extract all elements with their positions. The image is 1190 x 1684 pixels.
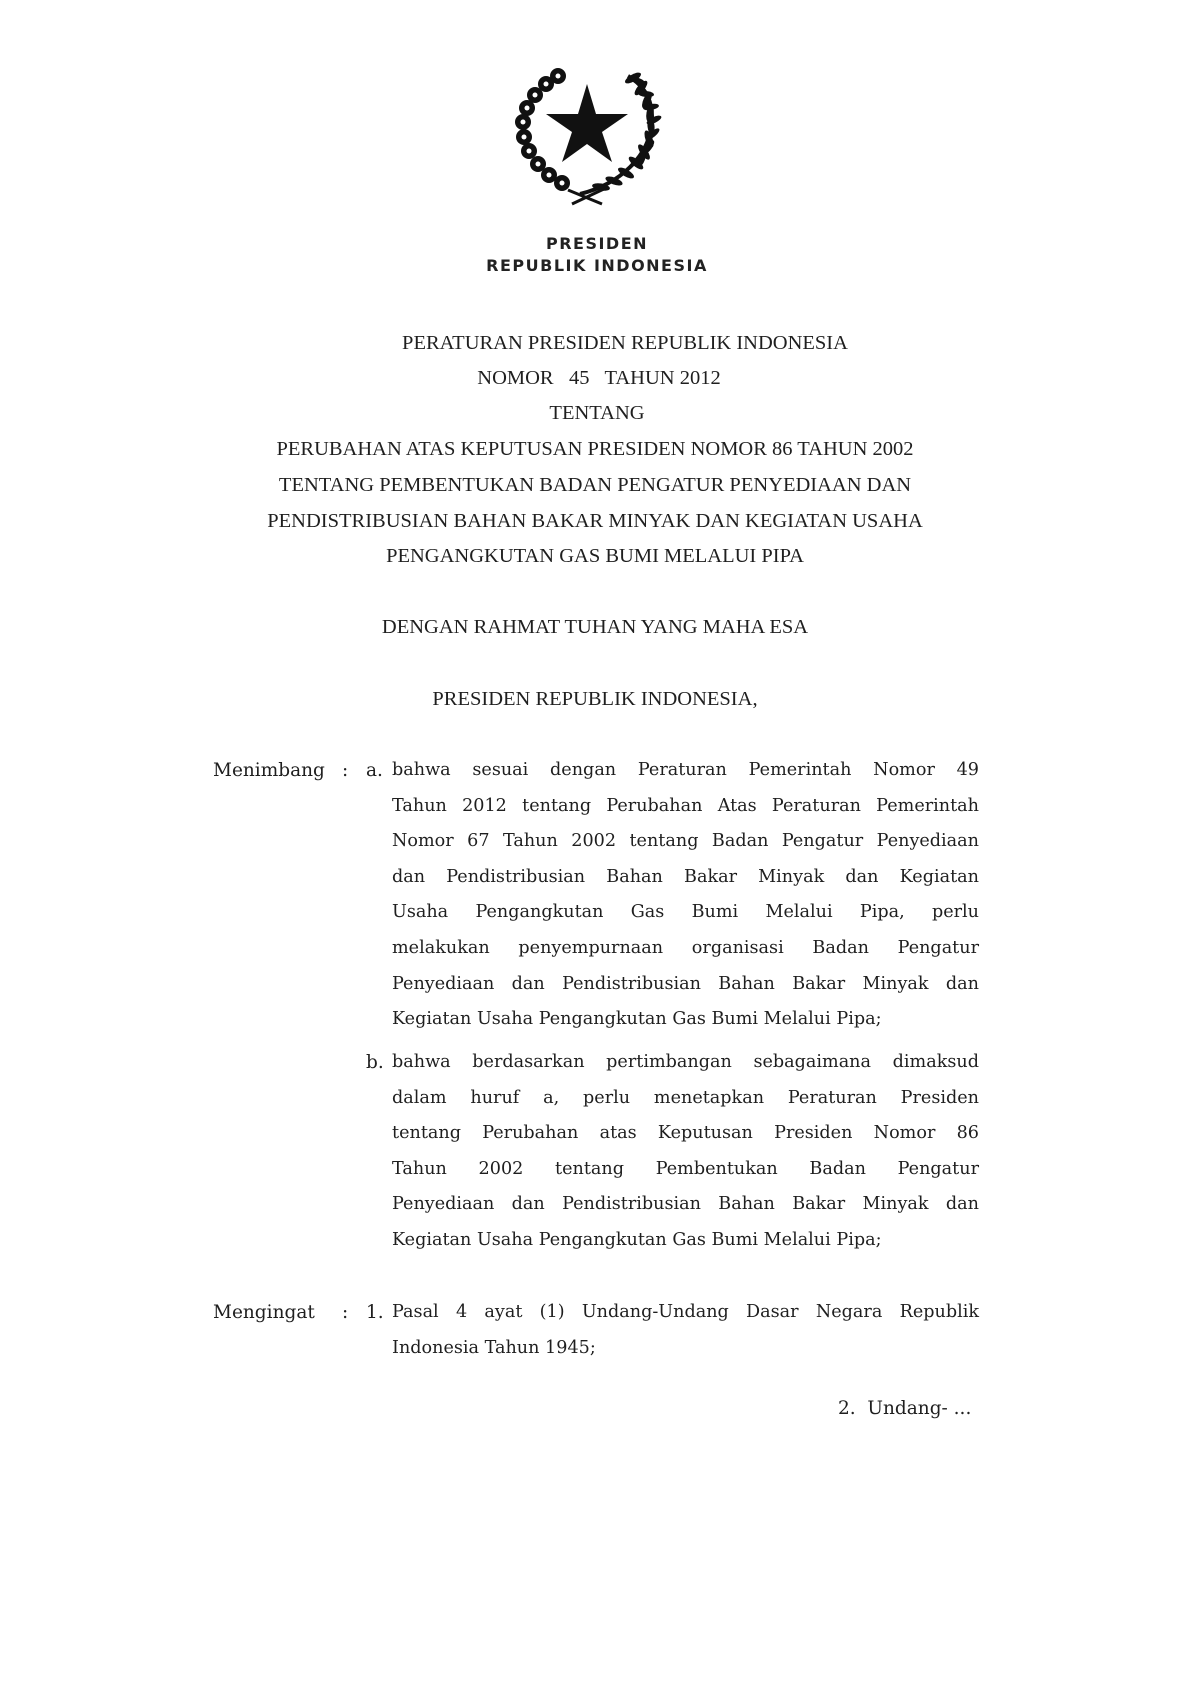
presidential-seal-icon — [510, 56, 665, 206]
text-line: bahwa sesuai dengan Peraturan Pemerintah… — [392, 753, 979, 789]
subject-line-3: PENDISTRIBUSIAN BAHAN BAKAR MINYAK DAN K… — [0, 510, 1190, 533]
text-line: Kegiatan Usaha Pengangkutan Gas Bumi Mel… — [392, 1223, 979, 1259]
issuer: PRESIDEN REPUBLIK INDONESIA, — [0, 688, 1190, 711]
menimbang-a-text: bahwa sesuai dengan Peraturan Pemerintah… — [392, 753, 979, 1038]
regulation-type: PERATURAN PRESIDEN REPUBLIK INDONESIA — [30, 332, 1190, 355]
mengingat-colon: : — [342, 1302, 348, 1323]
text-line: Kegiatan Usaha Pengangkutan Gas Bumi Mel… — [392, 1002, 979, 1038]
mengingat-1-text: Pasal 4 ayat (1) Undang-Undang Dasar Neg… — [392, 1295, 979, 1366]
text-line: Tahun 2012 tentang Perubahan Atas Peratu… — [392, 789, 979, 825]
invocation: DENGAN RAHMAT TUHAN YANG MAHA ESA — [0, 616, 1190, 639]
menimbang-b-text: bahwa berdasarkan pertimbangan sebagaima… — [392, 1045, 979, 1259]
letterhead-title: PRESIDEN — [2, 234, 1190, 253]
subject-line-2: TENTANG PEMBENTUKAN BADAN PENGATUR PENYE… — [0, 474, 1190, 497]
document-page: PRESIDEN REPUBLIK INDONESIA PERATURAN PR… — [0, 0, 1190, 1684]
subject-line-4: PENGANGKUTAN GAS BUMI MELALUI PIPA — [0, 545, 1190, 568]
text-line: Penyediaan dan Pendistribusian Bahan Bak… — [392, 967, 979, 1003]
mengingat-label: Mengingat — [213, 1302, 315, 1323]
menimbang-colon: : — [342, 760, 348, 781]
subject-line-1: PERUBAHAN ATAS KEPUTUSAN PRESIDEN NOMOR … — [0, 438, 1190, 461]
tentang-heading: TENTANG — [2, 402, 1190, 425]
text-line: bahwa berdasarkan pertimbangan sebagaima… — [392, 1045, 979, 1081]
letterhead-subtitle: REPUBLIK INDONESIA — [2, 256, 1190, 275]
menimbang-label: Menimbang — [213, 760, 325, 781]
page-continuation: 2. Undang- ... — [838, 1398, 971, 1419]
menimbang-a-marker: a. — [366, 760, 383, 781]
menimbang-b-marker: b. — [366, 1052, 384, 1073]
mengingat-1-marker: 1. — [366, 1302, 384, 1323]
text-line: Penyediaan dan Pendistribusian Bahan Bak… — [392, 1187, 979, 1223]
text-line: melakukan penyempurnaan organisasi Badan… — [392, 931, 979, 967]
text-line: Tahun 2002 tentang Pembentukan Badan Pen… — [392, 1152, 979, 1188]
text-line: Nomor 67 Tahun 2002 tentang Badan Pengat… — [392, 824, 979, 860]
text-line: Usaha Pengangkutan Gas Bumi Melalui Pipa… — [392, 895, 979, 931]
text-line: Indonesia Tahun 1945; — [392, 1331, 979, 1367]
regulation-number: NOMOR 45 TAHUN 2012 — [4, 367, 1190, 390]
text-line: Pasal 4 ayat (1) Undang-Undang Dasar Neg… — [392, 1295, 979, 1331]
text-line: dalam huruf a, perlu menetapkan Peratura… — [392, 1081, 979, 1117]
text-line: dan Pendistribusian Bahan Bakar Minyak d… — [392, 860, 979, 896]
text-line: tentang Perubahan atas Keputusan Preside… — [392, 1116, 979, 1152]
